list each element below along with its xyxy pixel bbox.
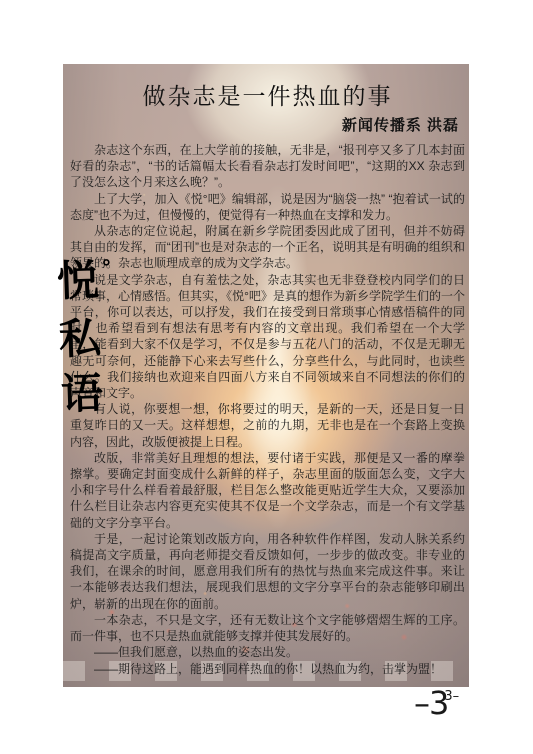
page-number: –33–: [414, 684, 463, 722]
calligraphy-char: 私: [58, 315, 102, 362]
paragraph: 上了大学，加入《悦°吧》编辑部，说是因为“脑袋一热” “抱着试一试的态度”也不为…: [70, 191, 465, 223]
article-content: 做杂志是一件热血的事 新闻传播系 洪磊 杂志这个东西，在上大学前的接触，无非是，…: [63, 64, 469, 687]
paragraph: 从杂志的定位说起，附属在新乡学院团委因此成了团刊，但并不妨碍其自由的发挥，而“团…: [70, 223, 465, 272]
column-calligraphy-label: ° 悦 私 语: [47, 257, 113, 418]
paragraph: 说是文学杂志，自有羞怯之处，杂志其实也无非登登校内同学们的日常琐事，心情感悟。但…: [70, 272, 465, 402]
article-body: 杂志这个东西，在上大学前的接触，无非是，“报刊亭又多了几本封面好看的杂志”，“书…: [70, 142, 465, 677]
paragraph: 改版，非常美好且理想的想法，要付诸于实践，那便是又一番的摩拳擦掌。要确定封面变成…: [70, 450, 465, 531]
paragraph: ——但我们愿意，以热血的姿态出发。: [70, 644, 465, 660]
degree-mark: °: [101, 255, 112, 279]
paragraph: ——期待这路上，能遇到同样热血的你！以热血为约，击掌为盟！: [70, 661, 465, 677]
paragraph: 杂志这个东西，在上大学前的接触，无非是，“报刊亭又多了几本封面好看的杂志”，“书…: [70, 142, 465, 191]
paragraph: 有人说，你要想一想，你将要过的明天，是新的一天，还是日复一日重复昨日的又一天。这…: [70, 401, 465, 450]
article-byline: 新闻传播系 洪磊: [70, 117, 459, 135]
magazine-page: 做杂志是一件热血的事 新闻传播系 洪磊 杂志这个东西，在上大学前的接触，无非是，…: [0, 0, 533, 754]
calligraphy-char: 语: [60, 370, 104, 417]
paragraph: 于是，一起讨论策划改版方向，用各种软件作样图，发动人脉关系约稿提高文字质量，再向…: [70, 531, 465, 612]
page-number-small: 3–: [444, 689, 459, 704]
calligraphy-char: 悦: [56, 257, 100, 304]
paragraph: 一本杂志，不只是文字，还有无数让这个文字能够熠熠生辉的工序。而一件事，也不只是热…: [70, 612, 465, 644]
article-title: 做杂志是一件热血的事: [70, 82, 465, 110]
